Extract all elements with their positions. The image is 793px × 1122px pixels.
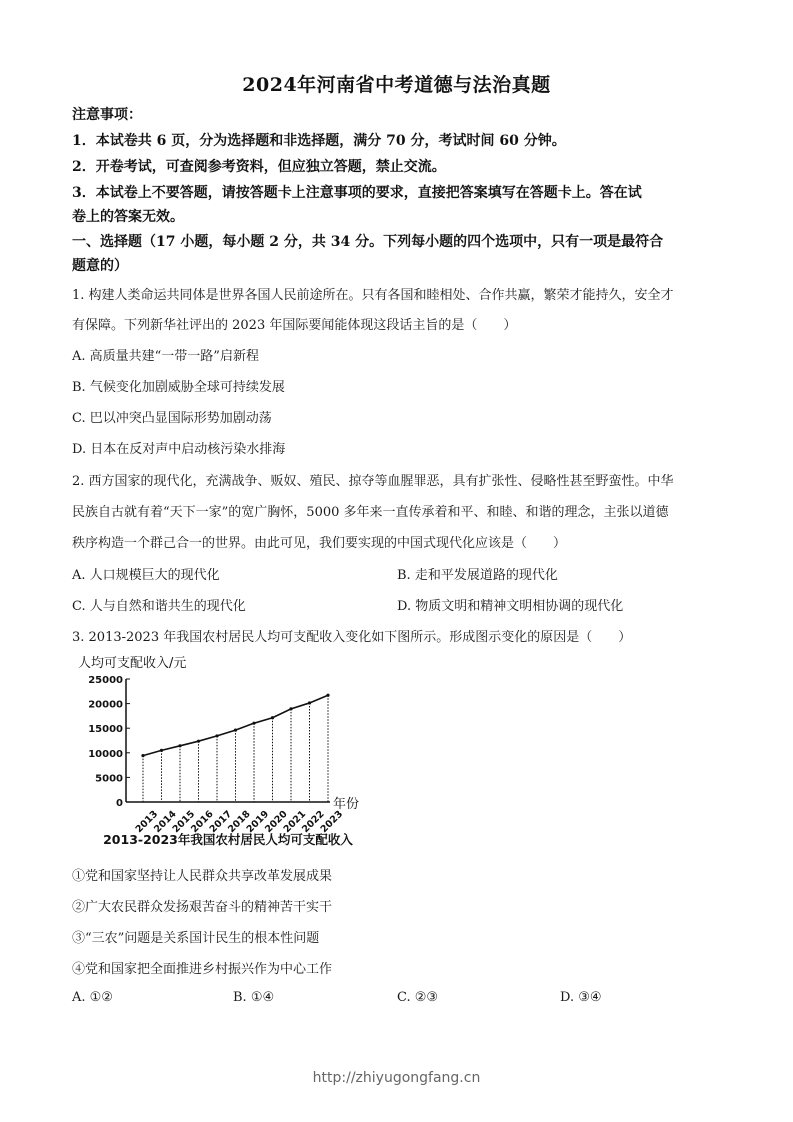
notice-item-3: 3．本试卷上不要答题，请按答题卡上注意事项的要求，直接把答案填写在答题卡上。答在… bbox=[72, 182, 642, 202]
q3-option-a: A. ①② bbox=[72, 990, 113, 1005]
chart-xlabel: 年份 bbox=[333, 796, 359, 812]
q1-stem-line1: 1. 构建人类命运共同体是世界各国人民前途所在。只有各国和睦相处、合作共赢，繁荣… bbox=[72, 284, 674, 303]
q1-option-c: C. 巴以冲突凸显国际形势加剧动荡 bbox=[72, 407, 272, 426]
q3-statement-2: ②广大农民群众发扬艰苦奋斗的精神苦干实干 bbox=[72, 896, 332, 915]
svg-text:20000: 20000 bbox=[88, 700, 123, 711]
q3-statement-4: ④党和国家把全面推进乡村振兴作为中心工作 bbox=[72, 958, 332, 977]
q1-option-d: D. 日本在反对声中启动核污染水排海 bbox=[72, 438, 285, 457]
svg-text:0: 0 bbox=[116, 798, 123, 809]
svg-text:10000: 10000 bbox=[88, 749, 123, 760]
notice-item-3-cont: 卷上的答案无效。 bbox=[72, 206, 184, 226]
notice-item-1: 1．本试卷共 6 页，分为选择题和非选择题，满分 70 分，考试时间 60 分钟… bbox=[72, 130, 566, 150]
q2-option-d: D. 物质文明和精神文明相协调的现代化 bbox=[397, 595, 623, 614]
q2-stem-line2: 民族自古就有着“天下一家”的宽广胸怀，5000 多年来一直传承着和平、和睦、和谐… bbox=[72, 501, 669, 520]
chart-title: 2013-2023年我国农村居民人均可支配收入 bbox=[103, 832, 353, 847]
q3-option-d: D. ③④ bbox=[560, 990, 602, 1005]
q1-option-b: B. 气候变化加剧威胁全球可持续发展 bbox=[72, 376, 285, 395]
q3-statement-1: ①党和国家坚持让人民群众共享改革发展成果 bbox=[72, 865, 332, 884]
notice-item-2: 2．开卷考试，可查阅参考资料，但应独立答题，禁止交流。 bbox=[72, 156, 446, 176]
q3-option-c: C. ②③ bbox=[397, 990, 438, 1005]
q2-option-a: A. 人口规模巨大的现代化 bbox=[72, 564, 220, 583]
exam-title: 2024年河南省中考道德与法治真题 bbox=[0, 70, 793, 97]
income-line-chart: 人均可支配收入/元0500010000150002000025000201320… bbox=[70, 650, 380, 850]
section-heading-cont: 题意的） bbox=[72, 255, 128, 275]
svg-text:25000: 25000 bbox=[88, 675, 123, 686]
svg-text:5000: 5000 bbox=[95, 773, 123, 784]
chart-ylabel: 人均可支配收入/元 bbox=[78, 655, 186, 671]
q2-stem-line3: 秩序构造一个群己合一的世界。由此可见，我们要实现的中国式现代化应该是（ ） bbox=[72, 532, 566, 551]
q1-option-a: A. 高质量共建“一带一路”启新程 bbox=[72, 345, 259, 364]
q3-stem: 3. 2013-2023 年我国农村居民人均可支配收入变化如下图所示。形成图示变… bbox=[72, 626, 631, 645]
section-heading: 一、选择题（17 小题，每小题 2 分，共 34 分。下列每小题的四个选项中，只… bbox=[72, 231, 663, 251]
q3-statement-3: ③“三农”问题是关系国计民生的根本性问题 bbox=[72, 927, 319, 946]
q3-option-b: B. ①④ bbox=[233, 990, 274, 1005]
q2-option-c: C. 人与自然和谐共生的现代化 bbox=[72, 595, 246, 614]
footer-url: http://zhiyugongfang.cn bbox=[0, 1070, 793, 1086]
svg-text:15000: 15000 bbox=[88, 724, 123, 735]
q2-option-b: B. 走和平发展道路的现代化 bbox=[397, 564, 558, 583]
q2-stem-line1: 2. 西方国家的现代化，充满战争、贩奴、殖民、掠夺等血腥罪恶，具有扩张性、侵略性… bbox=[72, 470, 674, 489]
notice-heading: 注意事项： bbox=[72, 104, 142, 124]
q1-stem-line2: 有保障。下列新华社评出的 2023 年国际要闻能体现这段话主旨的是（ ） bbox=[72, 314, 516, 333]
